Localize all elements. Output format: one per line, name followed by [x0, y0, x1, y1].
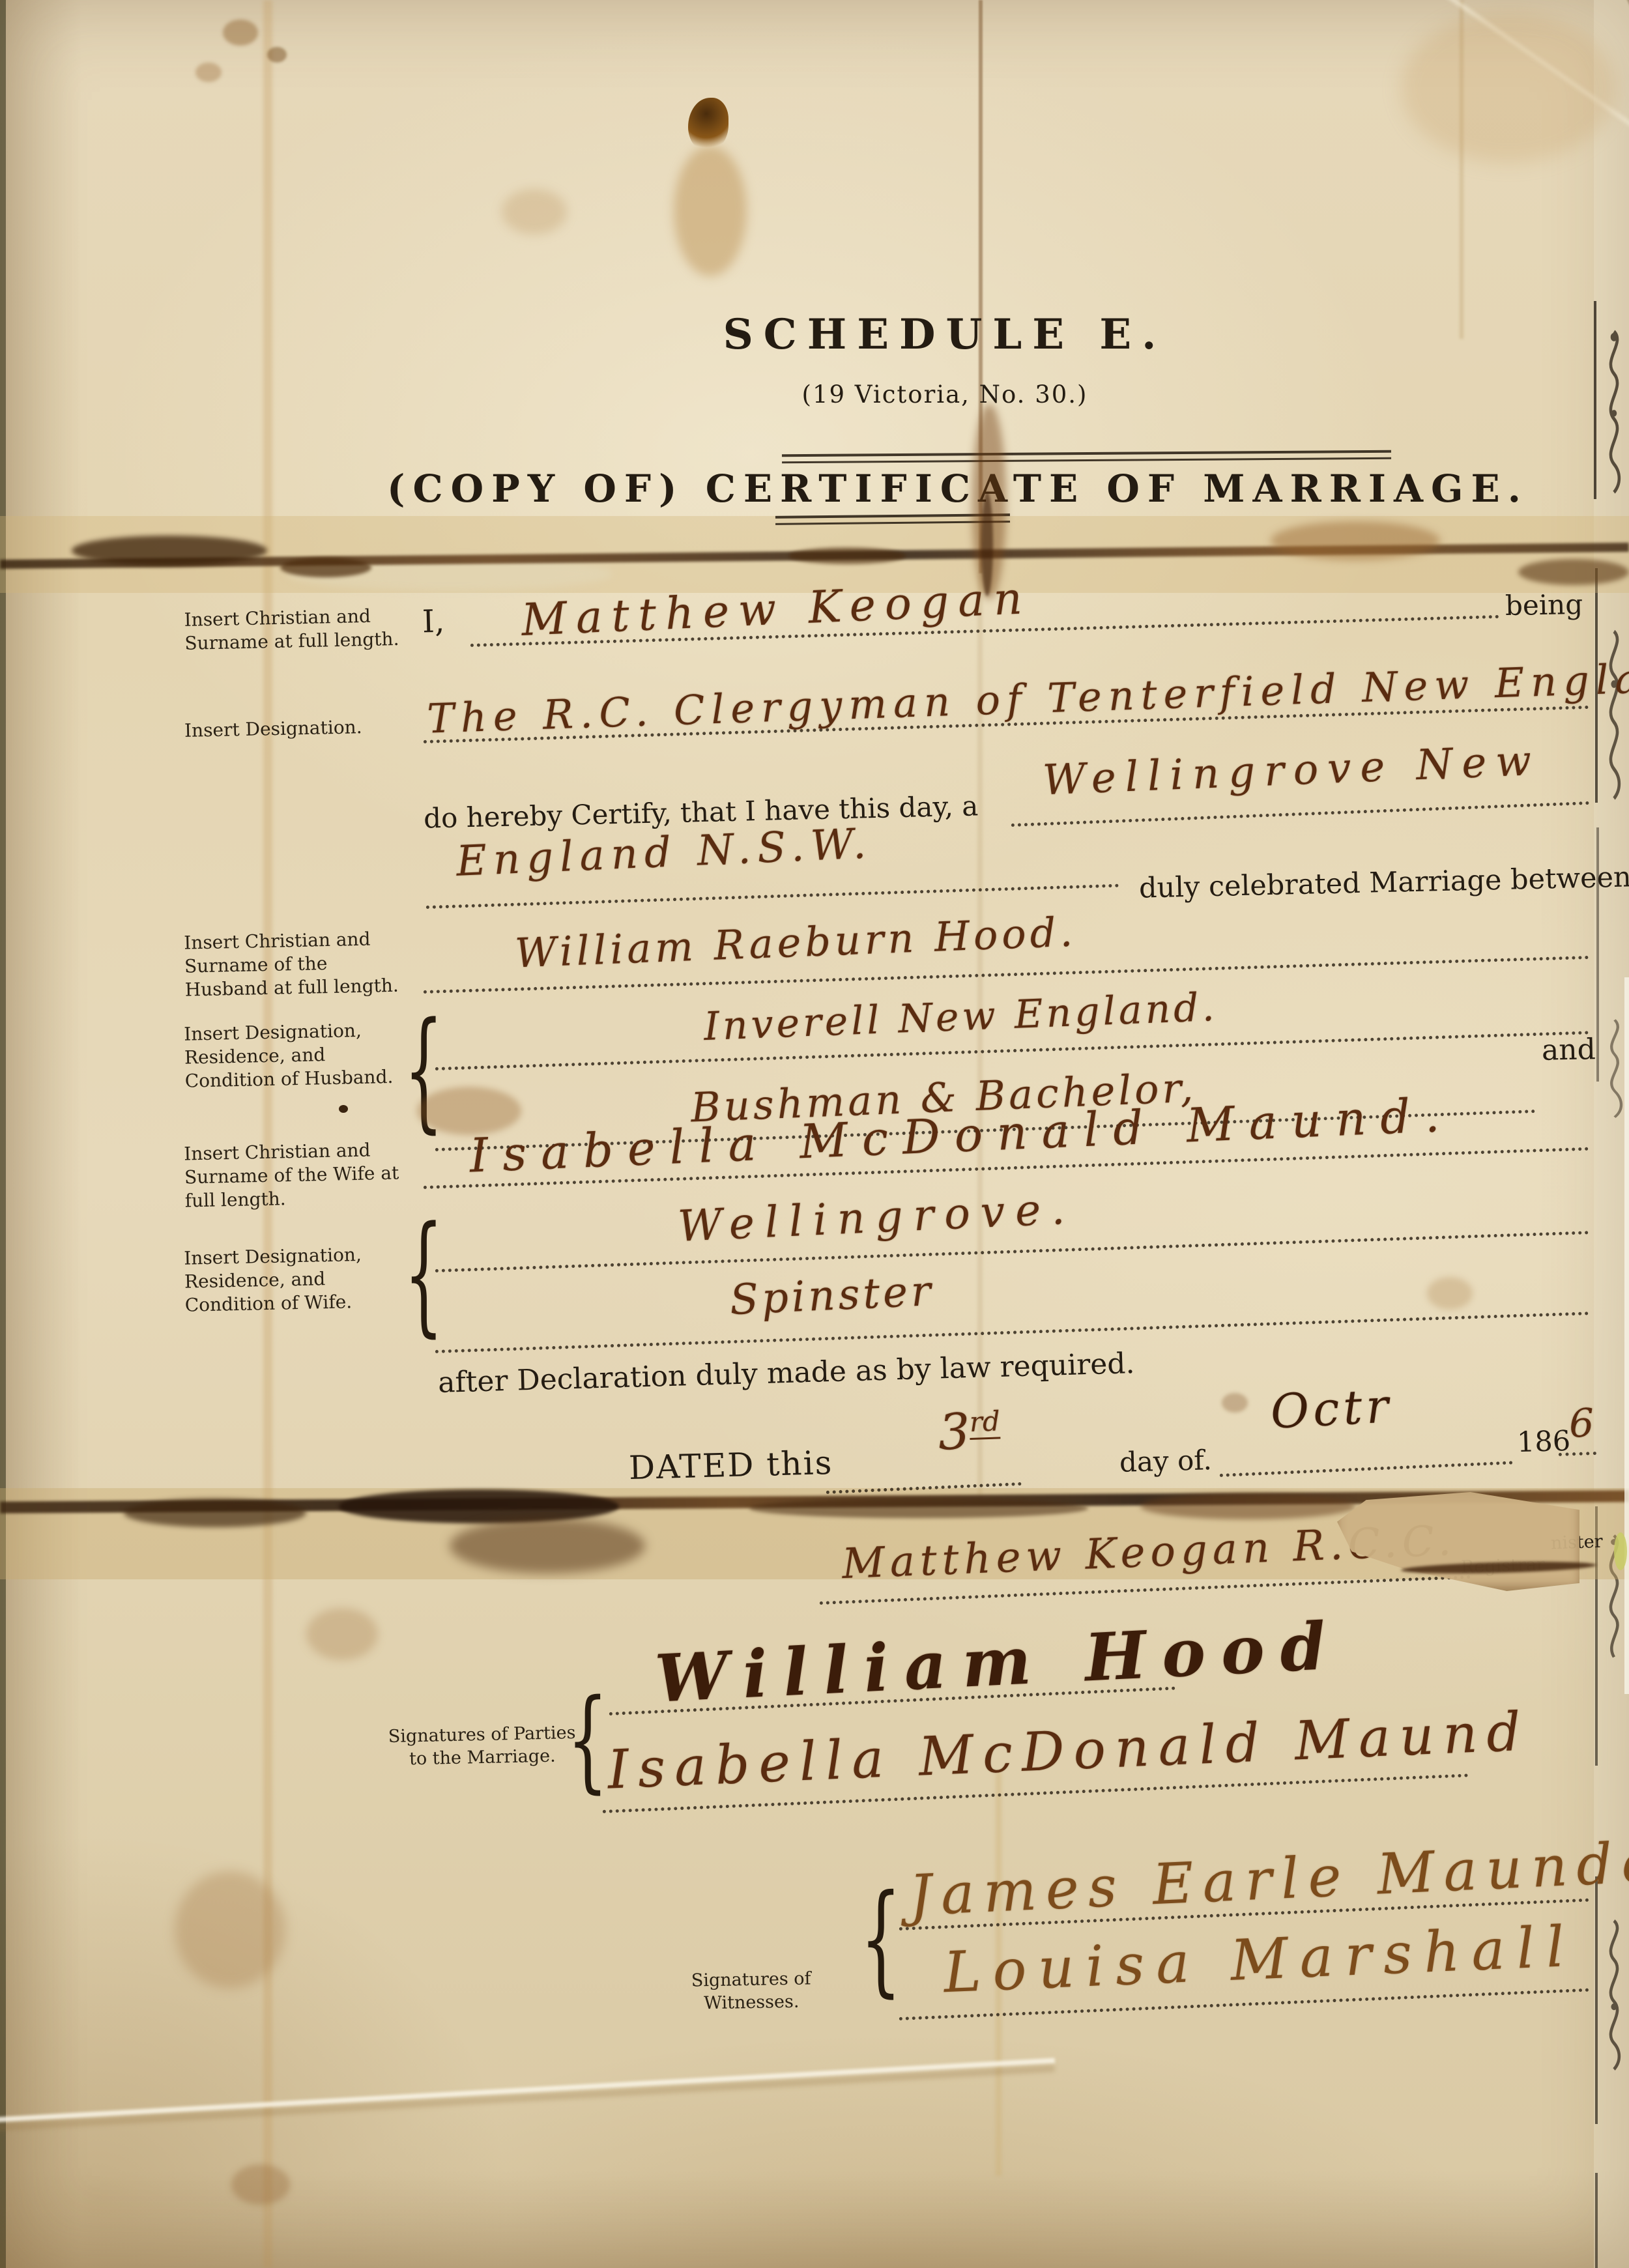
- crease-blot: [280, 558, 371, 577]
- parties-signatures-caption: Signatures of Parties to the Marriage.: [384, 1722, 580, 1771]
- crease-blot: [788, 547, 906, 564]
- party-signature-husband: William Hood: [654, 1607, 1343, 1717]
- handwritten-wife-condition: Spinster: [728, 1267, 935, 1325]
- wife-designation-brace: {: [404, 1211, 443, 1341]
- document-subtitle: (COPY OF) CERTIFICATE OF MARRIAGE.: [339, 467, 1577, 511]
- witness-signature-2: Louisa Marshall: [942, 1914, 1577, 2006]
- handwritten-designation: The R.C. Clergyman of Tenterfield New En…: [426, 652, 1629, 742]
- handwritten-husband-name: William Raeburn Hood.: [514, 908, 1077, 977]
- stain-wash: [1401, 13, 1616, 163]
- and-label: and: [1542, 1033, 1596, 1067]
- border-ornament-icon: [1600, 625, 1628, 801]
- stain-speck: [195, 63, 222, 82]
- stain-speck: [1222, 1393, 1248, 1413]
- margin-note-wife-name: Insert Christian and Surname of the Wife…: [184, 1138, 400, 1213]
- dated-this-label: DATED this: [628, 1444, 833, 1487]
- witnesses-brace: {: [860, 1879, 902, 2000]
- stain-wash: [175, 1871, 285, 1988]
- crease-blot: [749, 1499, 1088, 1518]
- fill-line-place-2: [426, 884, 1119, 909]
- crease-blot: [339, 1489, 619, 1523]
- crease-blot: [1518, 559, 1629, 585]
- handwritten-month: Octr: [1269, 1378, 1394, 1439]
- crease-blot: [1271, 521, 1440, 560]
- crease-blot: [72, 536, 267, 566]
- stain-blot: [417, 1087, 521, 1135]
- celebrated-text: duly celebrated Marriage between: [1139, 861, 1629, 904]
- pronoun-label: I,: [422, 603, 445, 640]
- stain-speck: [339, 1105, 348, 1113]
- being-label: being: [1505, 588, 1583, 622]
- fold-ridge-bottom-left: [0, 2058, 1055, 2124]
- stain-wash: [306, 1608, 378, 1660]
- fill-line-wife-condition: [435, 1312, 1589, 1353]
- handwritten-wife-residence: Wellingrove.: [677, 1183, 1076, 1252]
- crease-blot: [450, 1518, 645, 1573]
- declaration-text: after Declaration duly made as by law re…: [437, 1347, 1135, 1400]
- stain-blot: [231, 2164, 290, 2205]
- border-ornament-icon: [1602, 1016, 1628, 1121]
- crease-blot: [1140, 1493, 1355, 1519]
- day-of-label: day of.: [1119, 1444, 1212, 1478]
- border-rule-segment: [1594, 301, 1596, 499]
- handwritten-day: 3rd: [937, 1401, 1001, 1461]
- ink-drip-core: [981, 492, 993, 596]
- stain-smudge: [674, 146, 747, 276]
- handwritten-place-1: Wellingrove New: [1042, 737, 1542, 805]
- document-title: SCHEDULE E.: [678, 310, 1212, 359]
- fold-ridge-shadow: [0, 2065, 1055, 2132]
- margin-note-husband-name: Insert Christian and Surname of the Husb…: [184, 926, 411, 1001]
- day-suffix: rd: [969, 1405, 1001, 1440]
- handwritten-husband-residence: Inverell New England.: [703, 984, 1218, 1050]
- margin-note-husband-designation: Insert Designation, Residence, and Condi…: [184, 1018, 414, 1093]
- border-ornament-icon: [1600, 326, 1628, 495]
- stain-speck: [267, 47, 287, 63]
- scanned-marriage-certificate: SCHEDULE E. (19 Victoria, No. 30.) (COPY…: [0, 0, 1629, 2268]
- year-prefix: 186: [1516, 1425, 1570, 1459]
- stain-wash: [502, 189, 567, 235]
- crease-blot: [124, 1499, 306, 1527]
- fill-line-month: [1220, 1461, 1513, 1477]
- border-ornament-icon: [1600, 1916, 1628, 2072]
- party-signature-wife: Isabella McDonald Maund: [607, 1701, 1531, 1801]
- margin-note-wife-designation: Insert Designation, Residence, and Condi…: [184, 1242, 414, 1317]
- witnesses-signatures-caption: Signatures of Witnesses.: [669, 1968, 833, 2015]
- fill-line-wife-residence: [435, 1231, 1589, 1272]
- ink-blot: [688, 98, 728, 151]
- handwritten-year-digit: 6: [1568, 1400, 1595, 1446]
- green-sliver: [1614, 1532, 1627, 1570]
- margin-note-celebrant-name: Insert Christian and Surname at full len…: [184, 603, 427, 655]
- left-edge-shadow: [0, 0, 6, 2268]
- fill-line-place-1: [1011, 801, 1590, 827]
- paper-edge-sliver: [1624, 977, 1629, 1694]
- stain-speck: [223, 20, 258, 46]
- border-rule-segment: [1595, 2173, 1598, 2268]
- day-number: 3: [937, 1402, 970, 1461]
- stain-wash: [1427, 1277, 1473, 1310]
- parties-brace: {: [567, 1685, 609, 1796]
- statute-reference: (19 Victoria, No. 30.): [678, 380, 1212, 409]
- double-rule-upper: [782, 450, 1391, 464]
- border-rule-segment: [1595, 1876, 1598, 2124]
- margin-note-celebrant-designation: Insert Designation.: [184, 714, 427, 743]
